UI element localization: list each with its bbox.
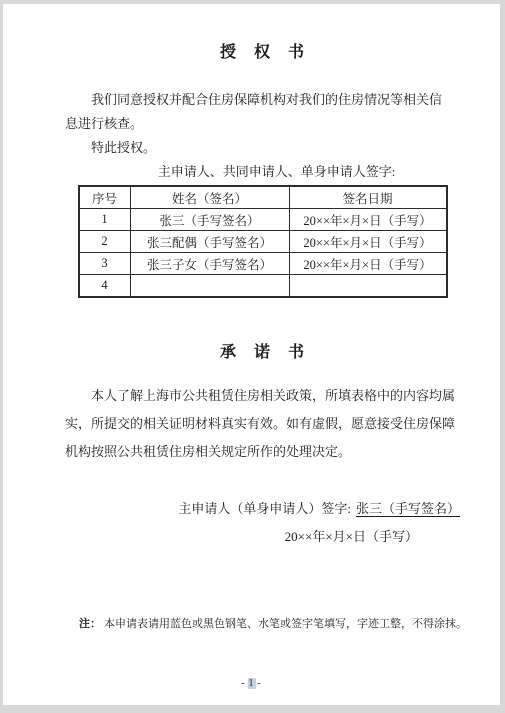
- cell-serial: 3: [79, 253, 131, 275]
- cell-date: [289, 275, 447, 298]
- footnote-label: 注：: [79, 618, 101, 630]
- footnote-text: 本申请表请用蓝色或黑色钢笔、水笔或签字笔填写，字迹工整，不得涂抹。: [104, 618, 467, 630]
- column-header-name: 姓名（签名）: [130, 186, 289, 209]
- document-page: 授 权 书 我们同意授权并配合住房保障机构对我们的住房情况等相关信 息进行核查。…: [3, 4, 500, 705]
- authorization-section: 授 权 书 我们同意授权并配合住房保障机构对我们的住房情况等相关信 息进行核查。…: [65, 42, 460, 298]
- signature-value: 张三（手写签名）: [356, 501, 460, 516]
- signature-line: 主申请人（单身申请人）签字:张三（手写签名）: [65, 500, 460, 518]
- cell-serial: 2: [79, 231, 131, 253]
- column-header-serial: 序号: [79, 186, 131, 209]
- cell-serial: 1: [79, 209, 131, 231]
- authorization-title: 授 权 书: [65, 42, 460, 64]
- footnote: 注：本申请表请用蓝色或黑色钢笔、水笔或签字笔填写，字迹工整，不得涂抹。: [79, 616, 480, 632]
- page-number-dash-left: -: [241, 678, 245, 689]
- cell-date: 20××年×月×日（手写）: [289, 209, 447, 231]
- signature-table-caption: 主申请人、共同申请人、单身申请人签字:: [93, 162, 460, 182]
- paragraph-line: 息进行核查。: [65, 112, 460, 136]
- page-number: -1-: [3, 678, 500, 689]
- signature-table: 序号 姓名（签名） 签名日期 1 张三（手写签名） 20××年×月×日（手写） …: [78, 185, 448, 298]
- paragraph-line: 实，所提交的相关证明材料真实有效。如有虚假，愿意接受住房保障: [65, 410, 460, 438]
- cell-name: 张三子女（手写签名）: [130, 253, 289, 275]
- cell-name: 张三（手写签名）: [130, 209, 289, 231]
- table-row: 1 张三（手写签名） 20××年×月×日（手写）: [79, 209, 447, 231]
- commitment-paragraph: 本人了解上海市公共租赁住房相关政策，所填表格中的内容均属 实，所提交的相关证明材…: [65, 382, 460, 466]
- table-row: 4: [79, 275, 447, 298]
- cell-name: 张三配偶（手写签名）: [130, 231, 289, 253]
- table-row: 2 张三配偶（手写签名） 20××年×月×日（手写）: [79, 231, 447, 253]
- cell-name: [130, 275, 289, 298]
- table-row: 3 张三子女（手写签名） 20××年×月×日（手写）: [79, 253, 447, 275]
- cell-date: 20××年×月×日（手写）: [289, 253, 447, 275]
- authorization-paragraph: 我们同意授权并配合住房保障机构对我们的住房情况等相关信 息进行核查。 特此授权。: [65, 88, 460, 160]
- authorization-closing-line: 特此授权。: [65, 136, 460, 160]
- page-number-dash-right: -: [258, 678, 262, 689]
- page-number-field: 1: [248, 678, 256, 689]
- paragraph-line: 机构按照公共租赁住房相关规定所作的处理决定。: [65, 438, 460, 466]
- paragraph-line: 我们同意授权并配合住房保障机构对我们的住房情况等相关信: [65, 88, 460, 112]
- cell-date: 20××年×月×日（手写）: [289, 231, 447, 253]
- table-header-row: 序号 姓名（签名） 签名日期: [79, 186, 447, 209]
- screenshot-root: { "document": { "background_color": "#d8…: [0, 0, 505, 713]
- commitment-section: 承 诺 书 本人了解上海市公共租赁住房相关政策，所填表格中的内容均属 实，所提交…: [65, 342, 460, 546]
- column-header-date: 签名日期: [289, 186, 447, 209]
- cell-serial: 4: [79, 275, 131, 298]
- paragraph-line: 本人了解上海市公共租赁住房相关政策，所填表格中的内容均属: [65, 382, 460, 410]
- signature-label: 主申请人（单身申请人）签字:: [178, 501, 351, 516]
- commitment-title: 承 诺 书: [65, 342, 460, 364]
- signature-date: 20××年×月×日（手写）: [65, 528, 460, 546]
